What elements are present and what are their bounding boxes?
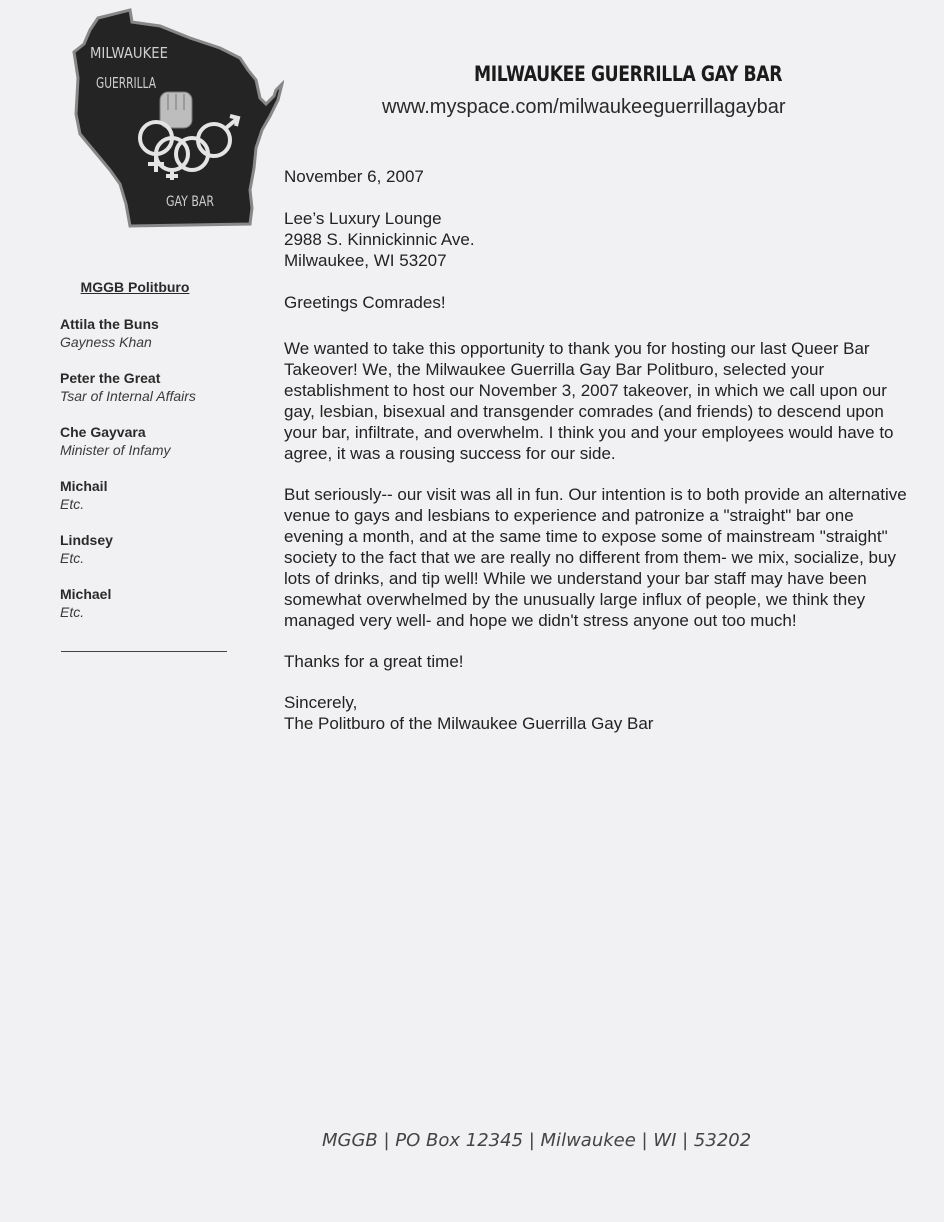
member-entry: Michael Etc.: [60, 585, 230, 621]
letter-closing: Sincerely,: [284, 692, 914, 713]
letter-greeting: Greetings Comrades!: [284, 292, 914, 313]
member-role: Etc.: [60, 549, 230, 567]
member-role: Gayness Khan: [60, 333, 230, 351]
svg-text:GUERRILLA: GUERRILLA: [96, 74, 157, 92]
header-url: www.myspace.com/milwaukeeguerrillagaybar: [382, 96, 786, 119]
member-entry: Michail Etc.: [60, 477, 230, 513]
letter-signature: The Politburo of the Milwaukee Guerrilla…: [284, 713, 914, 734]
header-title: MILWAUKEE GUERRILLA GAY BAR: [474, 62, 782, 86]
letter-date: November 6, 2007: [284, 166, 914, 187]
member-name: Michail: [60, 477, 230, 495]
recipient-name: Lee’s Luxury Lounge: [284, 208, 914, 229]
member-name: Lindsey: [60, 531, 230, 549]
sidebar-divider: [61, 651, 227, 652]
sidebar-heading: MGGB Politburo: [50, 279, 220, 295]
member-entry: Che Gayvara Minister of Infamy: [60, 423, 230, 459]
letter-paragraph-1: We wanted to take this opportunity to th…: [284, 338, 914, 464]
recipient-street: 2988 S. Kinnickinnic Ave.: [284, 229, 914, 250]
politburo-sidebar: MGGB Politburo Attila the Buns Gayness K…: [60, 279, 230, 639]
member-name: Michael: [60, 585, 230, 603]
recipient-city: Milwaukee, WI 53207: [284, 250, 914, 271]
footer-address: MGGB | PO Box 12345 | Milwaukee | WI | 5…: [322, 1130, 751, 1151]
wisconsin-map-icon: MILWAUKEE GUERRILLA GAY BAR: [70, 8, 284, 232]
member-name: Attila the Buns: [60, 315, 230, 333]
member-entry: Peter the Great Tsar of Internal Affairs: [60, 369, 230, 405]
letter-body: November 6, 2007 Lee’s Luxury Lounge 298…: [284, 166, 914, 734]
member-entry: Lindsey Etc.: [60, 531, 230, 567]
member-role: Etc.: [60, 603, 230, 621]
member-role: Tsar of Internal Affairs: [60, 387, 230, 405]
member-name: Peter the Great: [60, 369, 230, 387]
letter-paragraph-2: But seriously-- our visit was all in fun…: [284, 484, 914, 631]
member-role: Minister of Infamy: [60, 441, 230, 459]
member-role: Etc.: [60, 495, 230, 513]
svg-text:MILWAUKEE: MILWAUKEE: [90, 44, 168, 62]
svg-text:GAY BAR: GAY BAR: [166, 194, 214, 210]
member-name: Che Gayvara: [60, 423, 230, 441]
member-entry: Attila the Buns Gayness Khan: [60, 315, 230, 351]
letter-thanks: Thanks for a great time!: [284, 651, 914, 672]
logo: MILWAUKEE GUERRILLA GAY BAR: [70, 8, 284, 232]
